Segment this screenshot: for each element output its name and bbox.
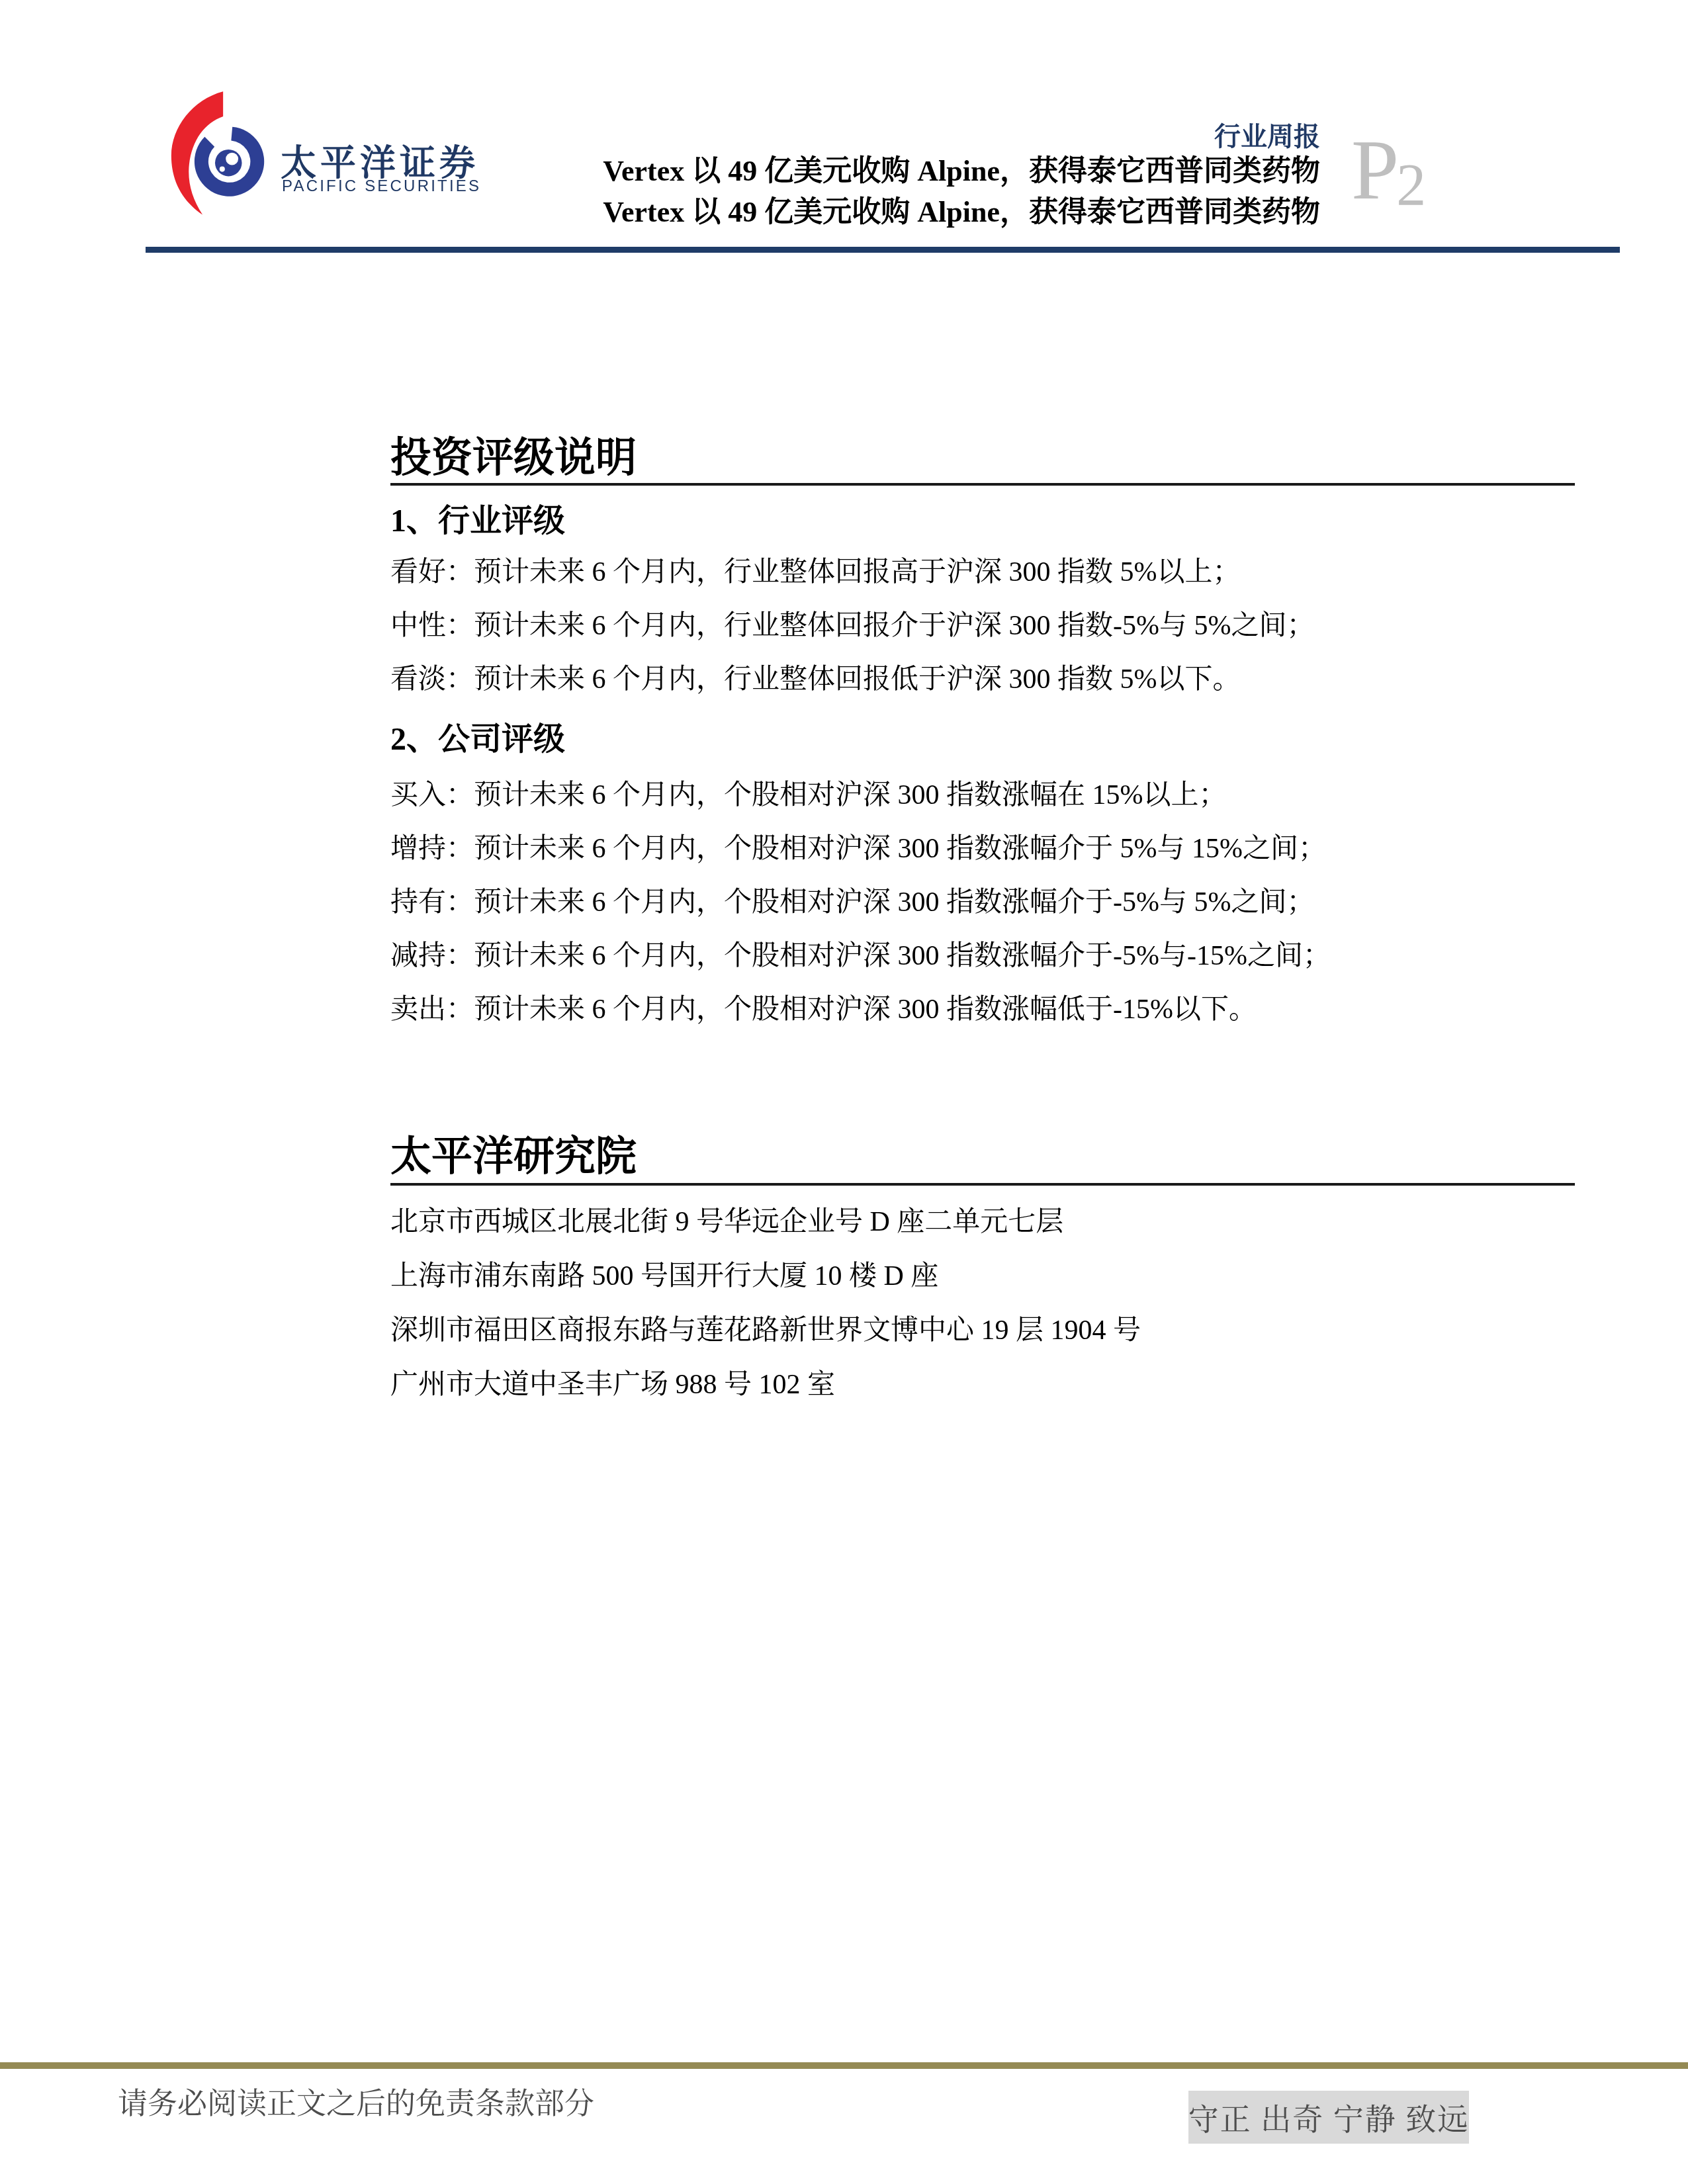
- industry-rating-item: 中性：预计未来 6 个月内，行业整体回报介于沪深 300 指数-5%与 5%之间…: [390, 599, 1314, 653]
- industry-rating-item: 看淡：预计未来 6 个月内，行业整体回报低于沪深 300 指数 5%以下。: [390, 653, 1314, 707]
- footer-disclaimer-text: 请务必阅读正文之后的免责条款部分: [118, 2084, 594, 2124]
- report-page: 太平洋证券 PACIFIC SECURITIES 行业周报 Vertex 以 4…: [0, 0, 1688, 2184]
- address-beijing: 北京市西城区北展北街 9 号华远企业号 D 座二单元七层: [390, 1195, 1141, 1249]
- company-rating-heading: 2、公司评级: [390, 713, 565, 759]
- page-number-prefix: P: [1351, 122, 1399, 218]
- report-title-line-1: Vertex 以 49 亿美元收购 Alpine，获得泰它西普同类药物: [529, 151, 1320, 192]
- company-rating-item: 买入：预计未来 6 个月内，个股相对沪深 300 指数涨幅在 15%以上；: [390, 769, 1331, 822]
- rating-section-title: 投资评级说明: [390, 425, 637, 484]
- report-title-line-2: Vertex 以 49 亿美元收购 Alpine，获得泰它西普同类药物: [529, 192, 1320, 233]
- header-divider-line: [146, 247, 1620, 253]
- industry-rating-heading: 1、行业评级: [390, 495, 565, 541]
- report-title-block: Vertex 以 49 亿美元收购 Alpine，获得泰它西普同类药物 Vert…: [529, 151, 1320, 233]
- footer-divider-bar: [0, 2062, 1688, 2069]
- company-rating-item: 持有：预计未来 6 个月内，个股相对沪深 300 指数涨幅介于-5%与 5%之间…: [390, 876, 1331, 930]
- company-rating-item: 减持：预计未来 6 个月内，个股相对沪深 300 指数涨幅介于-5%与-15%之…: [390, 930, 1331, 983]
- report-type-label: 行业周报: [993, 116, 1320, 153]
- company-rating-list: 买入：预计未来 6 个月内，个股相对沪深 300 指数涨幅在 15%以上； 增持…: [390, 769, 1331, 1037]
- page-number: P2: [1351, 127, 1429, 213]
- rating-section-underline: [390, 483, 1575, 486]
- company-rating-item: 增持：预计未来 6 个月内，个股相对沪深 300 指数涨幅介于 5%与 15%之…: [390, 822, 1331, 876]
- company-logo: 太平洋证券 PACIFIC SECURITIES: [161, 85, 492, 234]
- address-shanghai: 上海市浦东南路 500 号国开行大厦 10 楼 D 座: [390, 1249, 1141, 1303]
- logo-company-name-en: PACIFIC SECURITIES: [282, 177, 481, 196]
- address-guangzhou: 广州市大道中圣丰广场 988 号 102 室: [390, 1358, 1141, 1412]
- footer-motto-text: 守正 出奇 宁静 致远: [1188, 2091, 1469, 2144]
- company-rating-item: 卖出：预计未来 6 个月内，个股相对沪深 300 指数涨幅低于-15%以下。: [390, 983, 1331, 1037]
- institute-section-title: 太平洋研究院: [390, 1123, 637, 1182]
- address-shenzhen: 深圳市福田区商报东路与莲花路新世界文博中心 19 层 1904 号: [390, 1303, 1141, 1358]
- institute-section-underline: [390, 1183, 1575, 1186]
- industry-rating-list: 看好：预计未来 6 个月内，行业整体回报高于沪深 300 指数 5%以上； 中性…: [390, 546, 1314, 707]
- page-number-value: 2: [1396, 153, 1426, 218]
- pacific-securities-logo-icon: [161, 85, 269, 225]
- institute-address-list: 北京市西城区北展北街 9 号华远企业号 D 座二单元七层 上海市浦东南路 500…: [390, 1195, 1141, 1412]
- industry-rating-item: 看好：预计未来 6 个月内，行业整体回报高于沪深 300 指数 5%以上；: [390, 546, 1314, 599]
